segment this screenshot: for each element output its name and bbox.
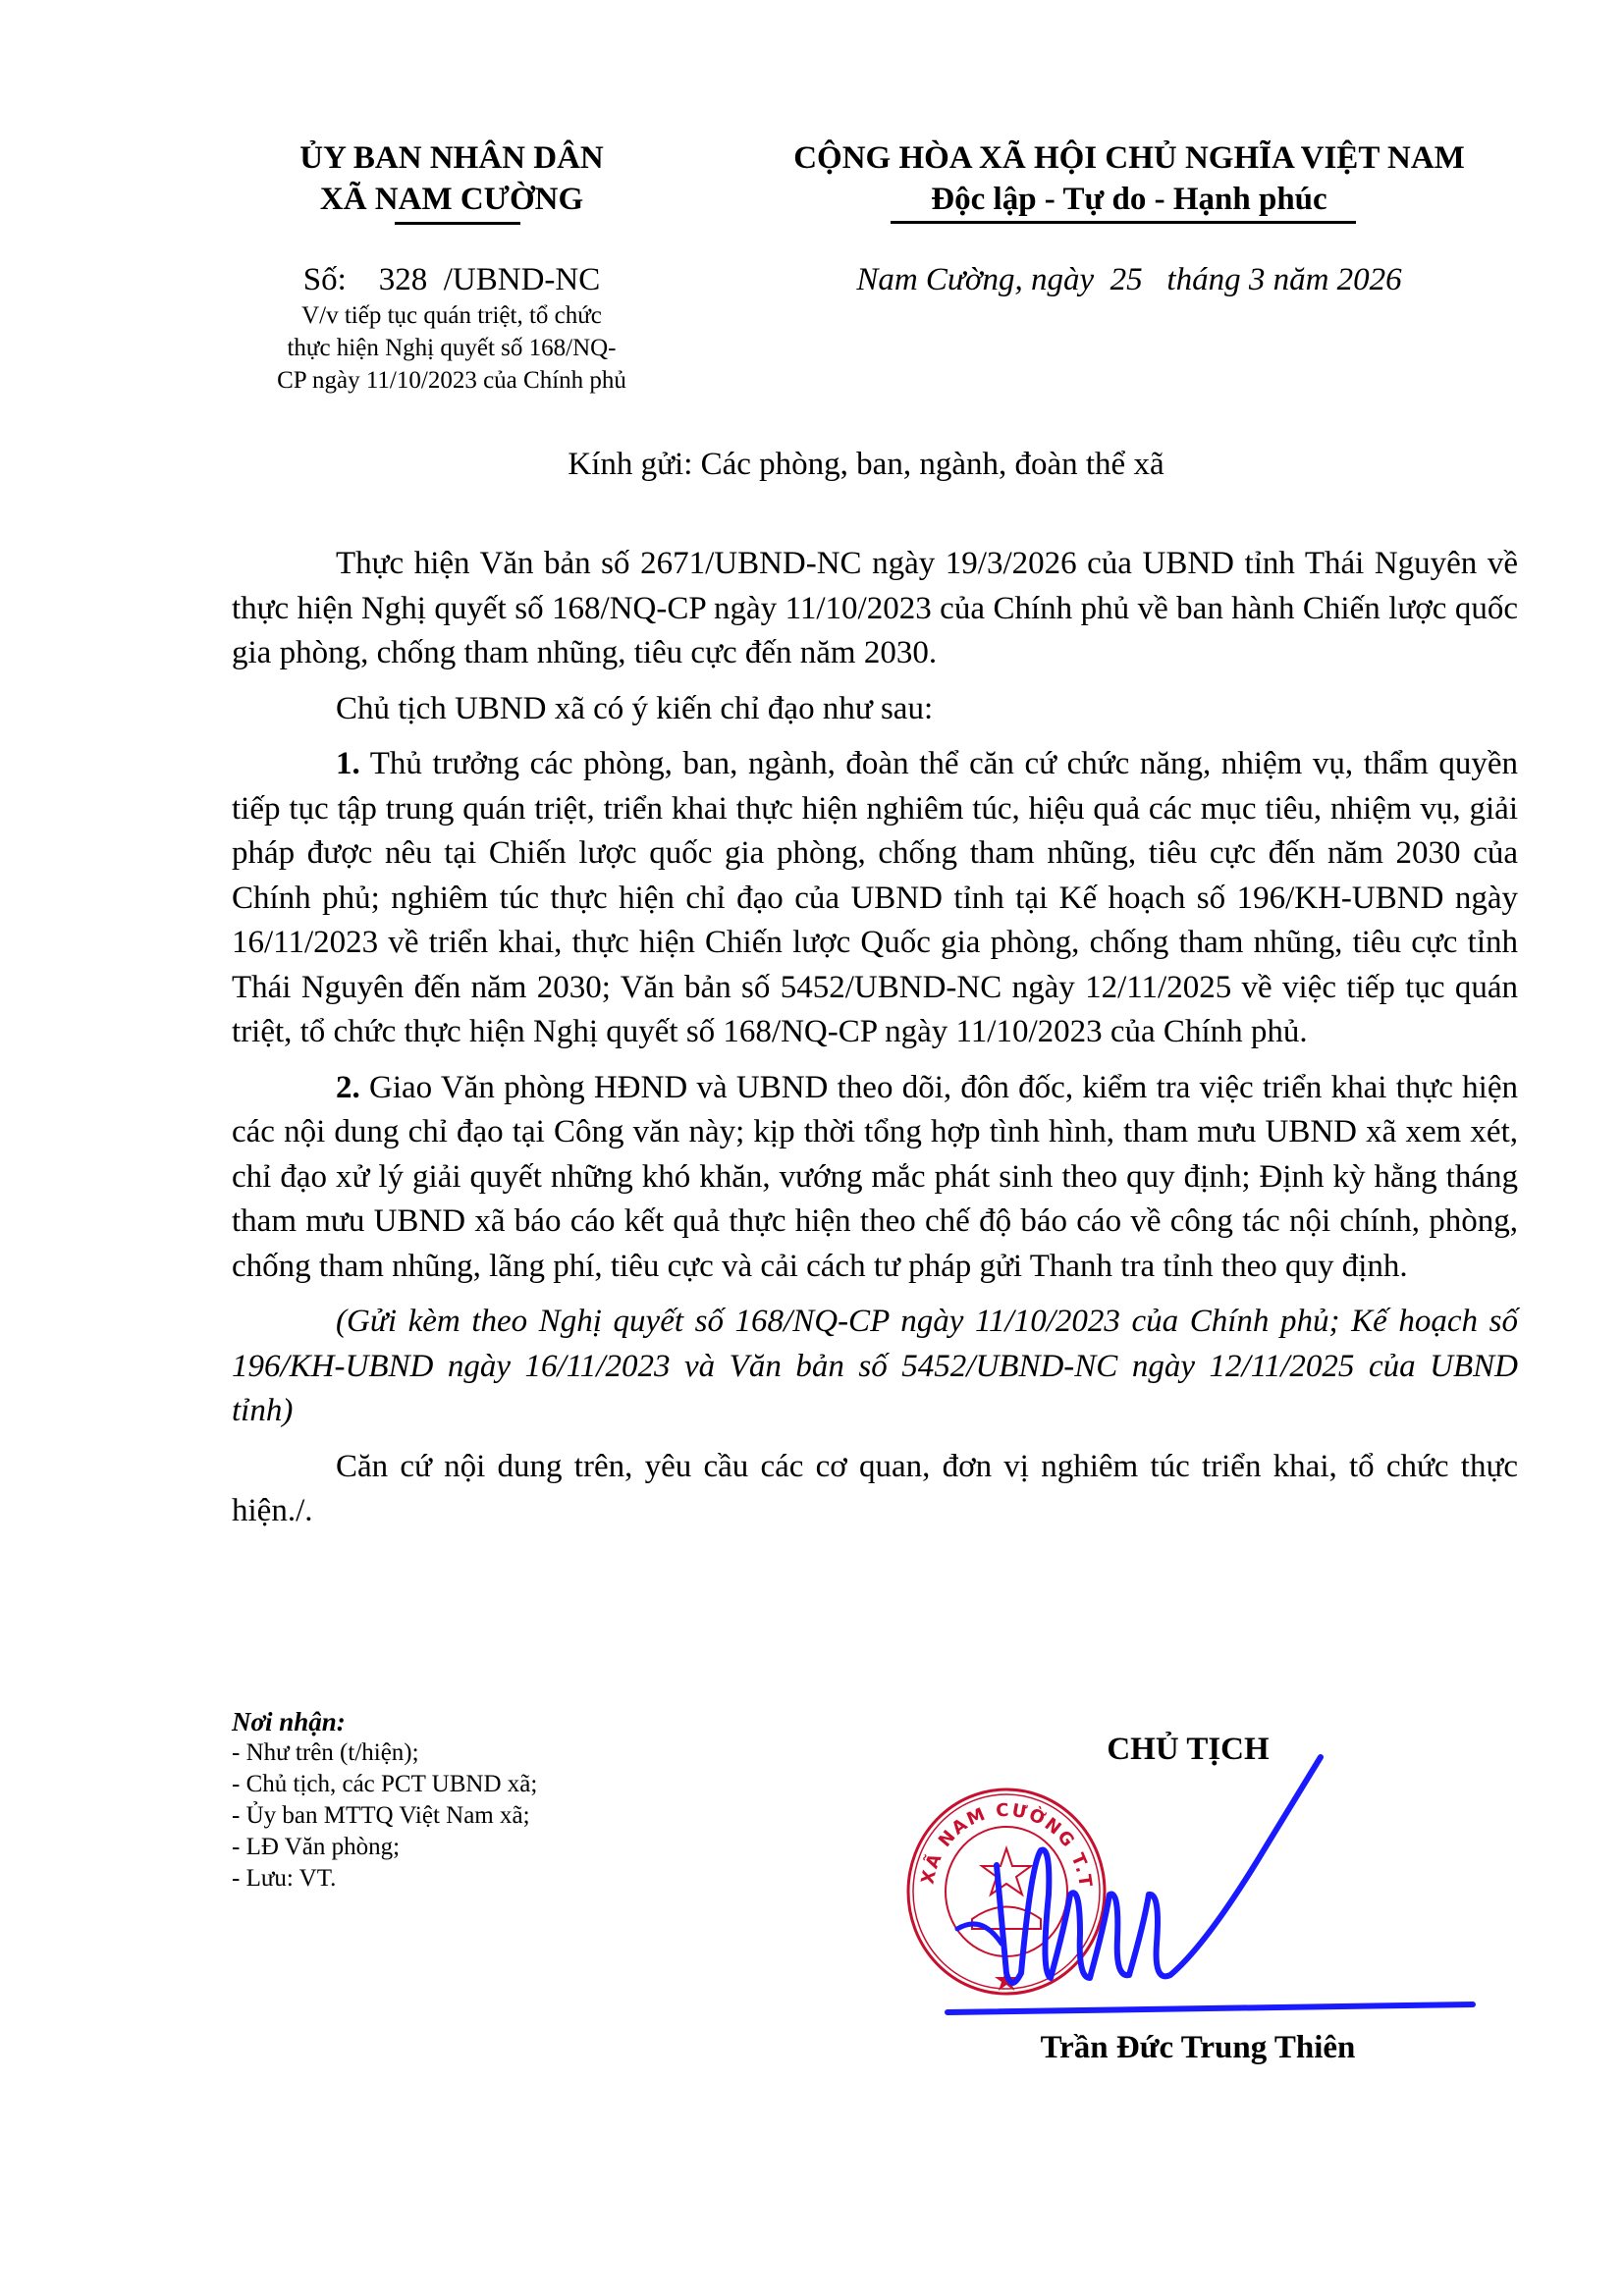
national-motto: Độc lập - Tự do - Hạnh phúc — [727, 179, 1532, 220]
directive-item-1: 1. Thủ trưởng các phòng, ban, ngành, đoà… — [232, 742, 1518, 1055]
distribution-item: - Như trên (t/hiện); — [232, 1737, 683, 1769]
distribution-list: Nơi nhận: - Như trên (t/hiện); - Chủ tịc… — [232, 1706, 683, 1895]
addressee: Kính gửi: Các phòng, ban, ngành, đoàn th… — [0, 444, 1624, 485]
authority-name: ỦY BAN NHÂN DÂN — [236, 137, 668, 179]
subject-line: CP ngày 11/10/2023 của Chính phủ — [236, 364, 668, 397]
distribution-item: - Lưu: VT. — [232, 1863, 683, 1895]
motto-underline — [891, 221, 1356, 224]
handwritten-signature-icon — [943, 1747, 1492, 2022]
national-title: CỘNG HÒA XÃ HỘI CHỦ NGHĨA VIỆT NAM — [727, 137, 1532, 179]
attachment-note: (Gửi kèm theo Nghị quyết số 168/NQ-CP ng… — [232, 1300, 1518, 1434]
national-title-block: CỘNG HÒA XÃ HỘI CHỦ NGHĨA VIỆT NAM Độc l… — [727, 137, 1532, 300]
issuing-authority-block: ỦY BAN NHÂN DÂN XÃ NAM CƯỜNG Số: 328 /UB… — [236, 137, 668, 397]
item-number: 1. — [336, 746, 360, 781]
document-body: Thực hiện Văn bản số 2671/UBND-NC ngày 1… — [232, 542, 1518, 1545]
item-text: Thủ trưởng các phòng, ban, ngành, đoàn t… — [232, 746, 1518, 1049]
document-subject: V/v tiếp tục quán triệt, tổ chức thực hi… — [236, 299, 668, 397]
directive-lead: Chủ tịch UBND xã có ý kiến chỉ đạo như s… — [232, 687, 1518, 732]
item-number: 2. — [336, 1070, 360, 1105]
directive-item-2: 2. Giao Văn phòng HĐND và UBND theo dõi,… — [232, 1066, 1518, 1290]
intro-paragraph: Thực hiện Văn bản số 2671/UBND-NC ngày 1… — [232, 542, 1518, 676]
document-number: Số: 328 /UBND-NC — [236, 260, 668, 299]
closing-paragraph: Căn cứ nội dung trên, yêu cầu các cơ qua… — [232, 1445, 1518, 1534]
signer-name: Trần Đức Trung Thiên — [943, 2030, 1453, 2066]
distribution-item: - Chủ tịch, các PCT UBND xã; — [232, 1769, 683, 1800]
item-text: Giao Văn phòng HĐND và UBND theo dõi, đô… — [232, 1070, 1518, 1284]
place-date: Nam Cường, ngày 25 tháng 3 năm 2026 — [727, 259, 1532, 300]
distribution-item: - Ủy ban MTTQ Việt Nam xã; — [232, 1800, 683, 1832]
subject-line: thực hiện Nghị quyết số 168/NQ- — [236, 332, 668, 364]
commune-name: XÃ NAM CƯỜNG — [236, 179, 668, 220]
subject-line: V/v tiếp tục quán triệt, tổ chức — [236, 299, 668, 332]
authority-underline — [395, 222, 520, 225]
distribution-title: Nơi nhận: — [232, 1706, 683, 1737]
distribution-item: - LĐ Văn phòng; — [232, 1832, 683, 1863]
